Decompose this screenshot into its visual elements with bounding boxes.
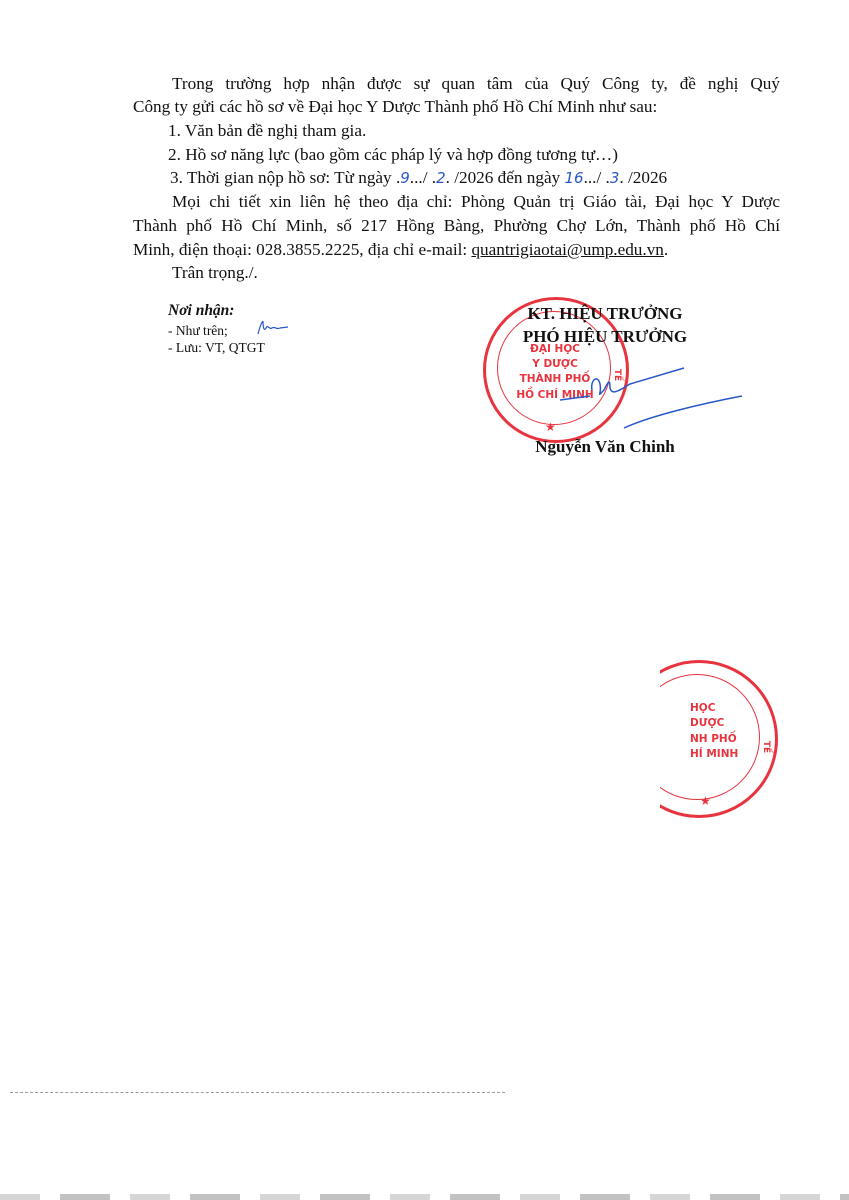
handwritten-from-day: 9 xyxy=(400,169,410,187)
item3-mid: . /2026 đến ngày xyxy=(446,168,565,187)
star-icon: ★ xyxy=(700,794,711,808)
signer-name: Nguyễn Văn Chinh xyxy=(490,437,720,457)
stamp-text: HÍ MINH xyxy=(690,748,738,760)
recipient-item: - Lưu: VT, QTGT xyxy=(168,339,265,356)
stamp-side-text: TẾ xyxy=(761,741,771,753)
recipient-item: - Như trên; xyxy=(168,322,228,339)
contact-line-2: Thành phố Hồ Chí Minh, số 217 Hồng Bàng,… xyxy=(133,215,780,237)
signature-title-1: KT. HIỆU TRƯỞNG xyxy=(490,304,720,324)
partial-stamp: HỌC DƯỢC NH PHỐ HÍ MINH TẾ ★ xyxy=(660,660,790,820)
stamp-text: DƯỢC xyxy=(690,717,724,729)
closing-text: Trân trọng./. xyxy=(172,262,258,284)
contact-line-3-suffix: . xyxy=(664,240,668,259)
contact-line-3-prefix: Minh, điện thoại: 028.3855.2225, địa chỉ… xyxy=(133,240,471,259)
handwritten-to-month: 3 xyxy=(610,169,620,187)
contact-line-1: Mọi chi tiết xin liên hệ theo địa chỉ: P… xyxy=(172,191,780,213)
list-item-1: 1. Văn bản đề nghị tham gia. xyxy=(168,120,366,142)
star-icon: ★ xyxy=(545,420,556,434)
intro-line-1: Trong trường hợp nhận được sự quan tâm c… xyxy=(172,73,780,95)
item3-suffix: . /2026 xyxy=(619,168,667,187)
intro-line-2: Công ty gửi các hồ sơ về Đại học Y Dược … xyxy=(133,96,657,118)
list-item-2: 2. Hồ sơ năng lực (bao gồm các pháp lý v… xyxy=(168,144,618,166)
handwritten-signature-icon xyxy=(560,360,750,440)
handwritten-to-day: 16 xyxy=(564,169,583,187)
item3-sep1: .../ . xyxy=(410,168,436,187)
stamp-text: NH PHỐ xyxy=(690,733,737,745)
stamp-text: HỌC xyxy=(690,702,715,714)
contact-line-3: Minh, điện thoại: 028.3855.2225, địa chỉ… xyxy=(133,239,668,261)
item3-sep2: .../ . xyxy=(584,168,610,187)
item3-prefix: 3. Thời gian nộp hồ sơ: Từ ngày . xyxy=(170,168,400,187)
scan-edge-strip xyxy=(0,1194,849,1200)
signature-title-2: PHÓ HIỆU TRƯỞNG xyxy=(490,327,720,347)
list-item-3: 3. Thời gian nộp hồ sơ: Từ ngày .9.../ .… xyxy=(170,167,667,189)
footer-divider xyxy=(10,1092,505,1093)
handwritten-from-month: 2 xyxy=(436,169,446,187)
recipients-title: Nơi nhận: xyxy=(168,302,234,320)
document-page: Trong trường hợp nhận được sự quan tâm c… xyxy=(0,0,849,1200)
email-link[interactable]: quantrigiaotai@ump.edu.vn xyxy=(471,240,663,259)
initials-signature-icon xyxy=(254,318,290,338)
